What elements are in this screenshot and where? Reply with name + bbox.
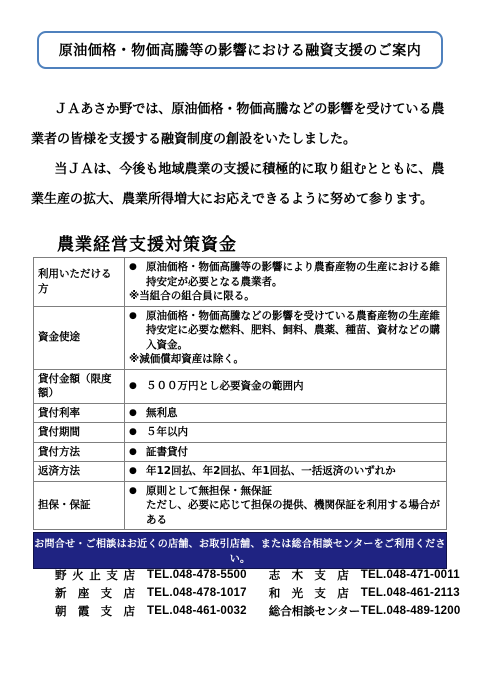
document-title: 原油価格・物価高騰等の影響における融資支援のご案内: [59, 40, 422, 60]
row-bullet-text: 原油価格・物価高騰などの影響を受けている農畜産物の生産維持安定に必要な燃料、肥料…: [146, 309, 442, 353]
row-label: 貸付金額（限度額）: [34, 369, 125, 403]
row-content: ● 年12回払、年2回払、年1回払、一括返済のいずれか: [125, 462, 447, 482]
bullet-icon: ●: [129, 464, 146, 479]
table-row-loan-method: 貸付方法 ● 証書貸付: [34, 442, 447, 462]
loan-details-table: 利用いただける方 ● 原油価格・物価高騰等の影響により農畜産物の生産における維持…: [33, 257, 447, 530]
contact-list: 野火止支店 TEL.048-478-5500 新座支店 TEL.048-478-…: [55, 566, 460, 620]
row-label: 貸付方法: [34, 442, 125, 462]
row-content: ● 原油価格・物価高騰などの影響を受けている農畜産物の生産維持安定に必要な燃料、…: [125, 306, 447, 369]
bullet-icon: ●: [129, 445, 146, 460]
branch-phone: TEL.048-478-5500: [147, 566, 247, 584]
row-bullet-text: 原油価格・物価高騰等の影響により農畜産物の生産における維持安定が必要となる農業者…: [146, 260, 442, 289]
bullet-icon: ●: [129, 484, 146, 499]
table-row-interest-rate: 貸付利率 ● 無利息: [34, 403, 447, 423]
bullet-icon: ●: [129, 260, 146, 289]
row-content: ● 証書貸付: [125, 442, 447, 462]
table-row-collateral: 担保・保証 ● 原則として無担保・無保証 ただし、必要に応じて担保の提供、機関保…: [34, 481, 447, 530]
contact-row: 和光支店 TEL.048-461-2113: [269, 584, 461, 602]
row-bullet-text: 年12回払、年2回払、年1回払、一括返済のいずれか: [146, 464, 396, 479]
contact-row: 志木支店 TEL.048-471-0011: [269, 566, 461, 584]
branch-name: 野火止支店: [55, 566, 135, 584]
contact-column-right: 志木支店 TEL.048-471-0011 和光支店 TEL.048-461-2…: [269, 566, 461, 620]
branch-phone: TEL.048-478-1017: [147, 584, 247, 602]
branch-name: 新座支店: [55, 584, 135, 602]
row-content: ● ５００万円とし必要資金の範囲内: [125, 369, 447, 403]
contact-row: 総合相談センター TEL.048-489-1200: [269, 602, 461, 620]
section-heading: 農業経営支援対策資金: [57, 230, 237, 255]
branch-name: 総合相談センター: [269, 602, 349, 620]
intro-paragraphs: ＪＡあさか野では、原油価格・物価高騰などの影響を受けている農業者の皆様を支援する…: [31, 95, 451, 215]
intro-paragraph-1: ＪＡあさか野では、原油価格・物価高騰などの影響を受けている農業者の皆様を支援する…: [31, 95, 451, 155]
row-content: ● ５年以内: [125, 423, 447, 443]
row-note-text: ※当組合の組合員に限る。: [129, 289, 442, 304]
row-label: 資金使途: [34, 306, 125, 369]
branch-name: 志木支店: [269, 566, 349, 584]
row-bullet-text: 原則として無担保・無保証: [146, 484, 272, 499]
table-row-fund-use: 資金使途 ● 原油価格・物価高騰などの影響を受けている農畜産物の生産維持安定に必…: [34, 306, 447, 369]
row-bullet-text: 証書貸付: [146, 445, 188, 460]
branch-phone: TEL.048-461-0032: [147, 602, 247, 620]
intro-paragraph-2: 当ＪＡは、今後も地域農業の支援に積極的に取り組むとともに、農業生産の拡大、農業所…: [31, 155, 451, 215]
row-bullet-text: ５００万円とし必要資金の範囲内: [146, 379, 304, 394]
bullet-icon: ●: [129, 379, 146, 394]
bullet-icon: ●: [129, 406, 146, 421]
row-continuation-text: ただし、必要に応じて担保の提供、機関保証を利用する場合がある: [129, 498, 442, 527]
row-note-text: ※減価償却資産は除く。: [129, 352, 442, 367]
row-label: 担保・保証: [34, 481, 125, 530]
row-bullet-text: ５年以内: [146, 425, 188, 440]
row-label: 返済方法: [34, 462, 125, 482]
branch-phone: TEL.048-461-2113: [361, 584, 460, 602]
contact-column-left: 野火止支店 TEL.048-478-5500 新座支店 TEL.048-478-…: [55, 566, 247, 620]
contact-row: 野火止支店 TEL.048-478-5500: [55, 566, 247, 584]
branch-name: 朝霞支店: [55, 602, 135, 620]
contact-row: 朝霞支店 TEL.048-461-0032: [55, 602, 247, 620]
row-bullet-text: 無利息: [146, 406, 178, 421]
table-row-loan-period: 貸付期間 ● ５年以内: [34, 423, 447, 443]
branch-phone: TEL.048-471-0011: [361, 566, 460, 584]
contact-row: 新座支店 TEL.048-478-1017: [55, 584, 247, 602]
branch-phone: TEL.048-489-1200: [361, 602, 461, 620]
table-row-eligibility: 利用いただける方 ● 原油価格・物価高騰等の影響により農畜産物の生産における維持…: [34, 258, 447, 307]
row-content: ● 原則として無担保・無保証 ただし、必要に応じて担保の提供、機関保証を利用する…: [125, 481, 447, 530]
bullet-icon: ●: [129, 425, 146, 440]
row-label: 貸付期間: [34, 423, 125, 443]
branch-name: 和光支店: [269, 584, 349, 602]
row-content: ● 無利息: [125, 403, 447, 423]
row-label: 利用いただける方: [34, 258, 125, 307]
table-row-repayment: 返済方法 ● 年12回払、年2回払、年1回払、一括返済のいずれか: [34, 462, 447, 482]
title-box: 原油価格・物価高騰等の影響における融資支援のご案内: [37, 31, 443, 69]
bullet-icon: ●: [129, 309, 146, 353]
row-label: 貸付利率: [34, 403, 125, 423]
contact-banner: お問合せ・ご相談はお近くの店舗、お取引店舗、または総合相談センターをご利用くださ…: [33, 532, 447, 569]
row-content: ● 原油価格・物価高騰等の影響により農畜産物の生産における維持安定が必要となる農…: [125, 258, 447, 307]
table-row-loan-amount: 貸付金額（限度額） ● ５００万円とし必要資金の範囲内: [34, 369, 447, 403]
